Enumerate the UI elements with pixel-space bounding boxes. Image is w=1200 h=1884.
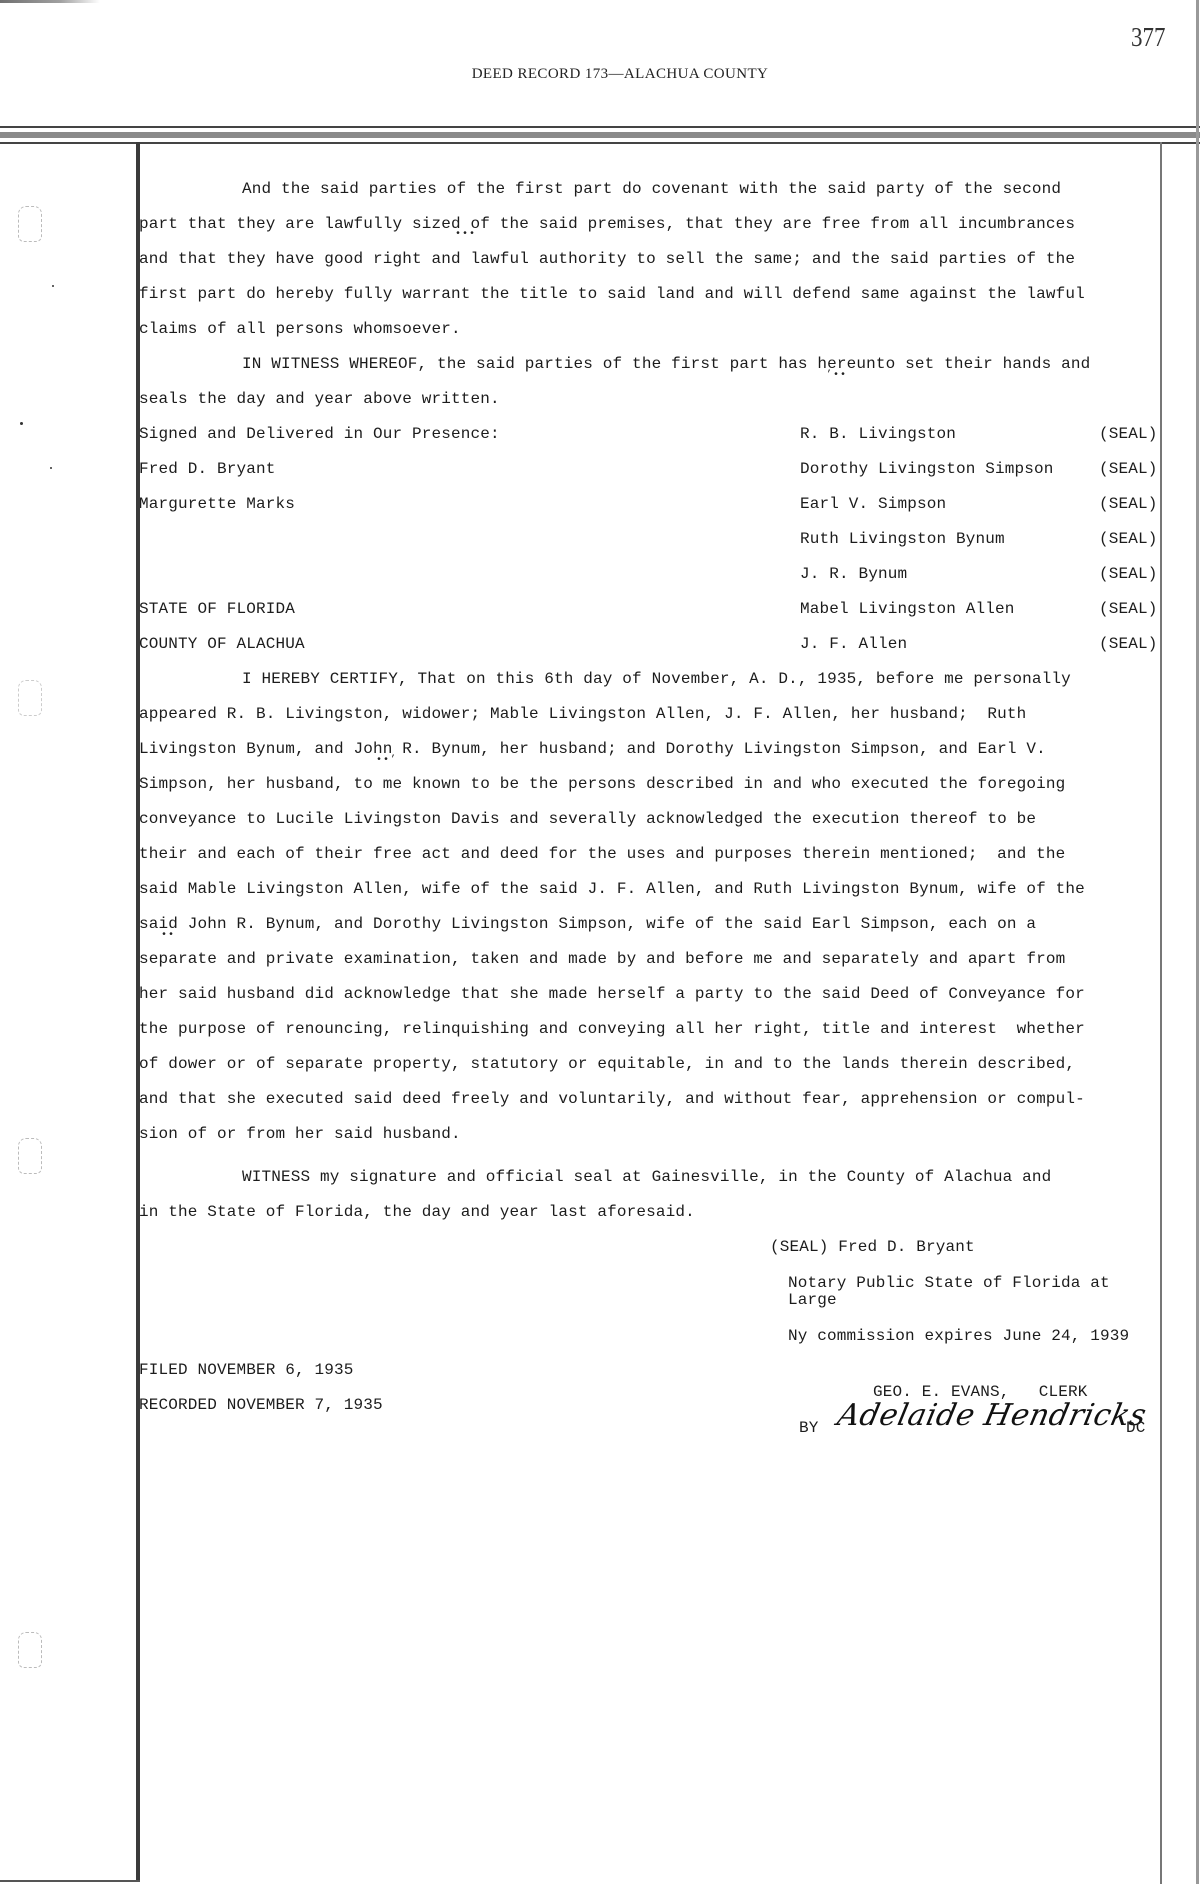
venue-county: COUNTY OF ALACHUA bbox=[139, 634, 305, 654]
typo-dots: ••’ bbox=[376, 755, 397, 766]
seal-mark: (SEAL) bbox=[1099, 564, 1158, 584]
seal-mark: (SEAL) bbox=[1099, 494, 1158, 514]
seal-mark: (SEAL) bbox=[1099, 529, 1158, 549]
seal-mark: (SEAL) bbox=[1099, 424, 1158, 444]
attestation-line: WITNESS my signature and official seal a… bbox=[242, 1167, 1051, 1187]
seal-mark: (SEAL) bbox=[1099, 634, 1158, 654]
deed-record-page: 377 DEED RECORD 173—ALACHUA COUNTY And t… bbox=[0, 0, 1200, 1884]
certificate-line: sion of or from her said husband. bbox=[139, 1124, 461, 1144]
binder-hole-icon bbox=[18, 1138, 42, 1174]
certificate-line: Livingston Bynum, and John R. Bynum, her… bbox=[139, 739, 1046, 759]
header-rule-top bbox=[0, 126, 1200, 128]
certificate-line: of dower or of separate property, statut… bbox=[139, 1054, 1075, 1074]
header-rule-bottom bbox=[0, 142, 1200, 144]
certificate-line: said Mable Livingston Allen, wife of the… bbox=[139, 879, 1085, 899]
grantor-name: J. F. Allen bbox=[800, 634, 907, 654]
certificate-line: appeared R. B. Livingston, widower; Mabl… bbox=[139, 704, 1026, 724]
grantor-name: J. R. Bynum bbox=[800, 564, 907, 584]
certificate-line: and that she executed said deed freely a… bbox=[139, 1089, 1085, 1109]
venue-state: STATE OF FLORIDA bbox=[139, 599, 295, 619]
ink-speck bbox=[20, 422, 23, 425]
grantor-name: Dorothy Livingston Simpson bbox=[800, 459, 1054, 479]
page-title: DEED RECORD 173—ALACHUA COUNTY bbox=[0, 66, 1200, 83]
covenant-line: And the said parties of the first part d… bbox=[242, 179, 1061, 199]
deputy-clerk-signature: Adelaide Hendricks bbox=[834, 1398, 1149, 1433]
certificate-line: conveyance to Lucile Livingston Davis an… bbox=[139, 809, 1036, 829]
notary-commission: Ny commission expires June 24, 1939 bbox=[788, 1326, 1129, 1346]
covenant-line: claims of all persons whomsoever. bbox=[139, 319, 461, 339]
seal-mark: (SEAL) bbox=[1099, 459, 1158, 479]
page-number: 377 bbox=[1131, 22, 1165, 53]
covenant-line: part that they are lawfully sized of the… bbox=[139, 214, 1075, 234]
notary-title-cont: Large bbox=[788, 1290, 837, 1310]
typo-dots: •• bbox=[161, 930, 175, 941]
ink-speck bbox=[52, 285, 54, 287]
witness-name: Fred D. Bryant bbox=[139, 459, 276, 479]
seal-mark: (SEAL) bbox=[1099, 599, 1158, 619]
page-edge-rule bbox=[1196, 0, 1199, 1884]
grantor-name: Earl V. Simpson bbox=[800, 494, 946, 514]
edge-scratch bbox=[0, 0, 100, 3]
witness-whereof-line: seals the day and year above written. bbox=[139, 389, 500, 409]
covenant-line: first part do hereby fully warrant the t… bbox=[139, 284, 1085, 304]
binder-hole-icon bbox=[18, 206, 42, 242]
binder-hole-icon bbox=[18, 680, 42, 716]
notary-seal-signature: (SEAL) Fred D. Bryant bbox=[770, 1237, 975, 1257]
certificate-line: I HEREBY CERTIFY, That on this 6th day o… bbox=[242, 669, 1071, 689]
typo-dots: ’•• bbox=[826, 370, 847, 381]
witness-whereof-line: IN WITNESS WHEREOF, the said parties of … bbox=[242, 354, 1090, 374]
typo-dots: ••• bbox=[455, 229, 476, 240]
grantor-name: Mabel Livingston Allen bbox=[800, 599, 1015, 619]
grantor-name: Ruth Livingston Bynum bbox=[800, 529, 1005, 549]
deputy-clerk-suffix: DC bbox=[1126, 1418, 1146, 1438]
filed-date: FILED NOVEMBER 6, 1935 bbox=[139, 1360, 354, 1380]
certificate-line: said John R. Bynum, and Dorothy Livingst… bbox=[139, 914, 1036, 934]
right-margin-rule bbox=[1160, 142, 1162, 1884]
certificate-line: their and each of their free act and dee… bbox=[139, 844, 1065, 864]
certificate-line: her said husband did acknowledge that sh… bbox=[139, 984, 1085, 1004]
by-label: BY bbox=[799, 1418, 819, 1438]
binder-hole-icon bbox=[18, 1632, 42, 1668]
presence-label: Signed and Delivered in Our Presence: bbox=[139, 424, 500, 444]
grantor-name: R. B. Livingston bbox=[800, 424, 956, 444]
recorded-date: RECORDED NOVEMBER 7, 1935 bbox=[139, 1395, 383, 1415]
header-rule-thick bbox=[0, 132, 1200, 138]
certificate-line: the purpose of renouncing, relinquishing… bbox=[139, 1019, 1085, 1039]
witness-name: Margurette Marks bbox=[139, 494, 295, 514]
ink-speck bbox=[50, 467, 52, 469]
attestation-line: in the State of Florida, the day and yea… bbox=[139, 1202, 695, 1222]
bottom-edge-rule bbox=[0, 1880, 140, 1882]
covenant-line: and that they have good right and lawful… bbox=[139, 249, 1075, 269]
certificate-line: Simpson, her husband, to me known to be … bbox=[139, 774, 1065, 794]
certificate-line: separate and private examination, taken … bbox=[139, 949, 1065, 969]
